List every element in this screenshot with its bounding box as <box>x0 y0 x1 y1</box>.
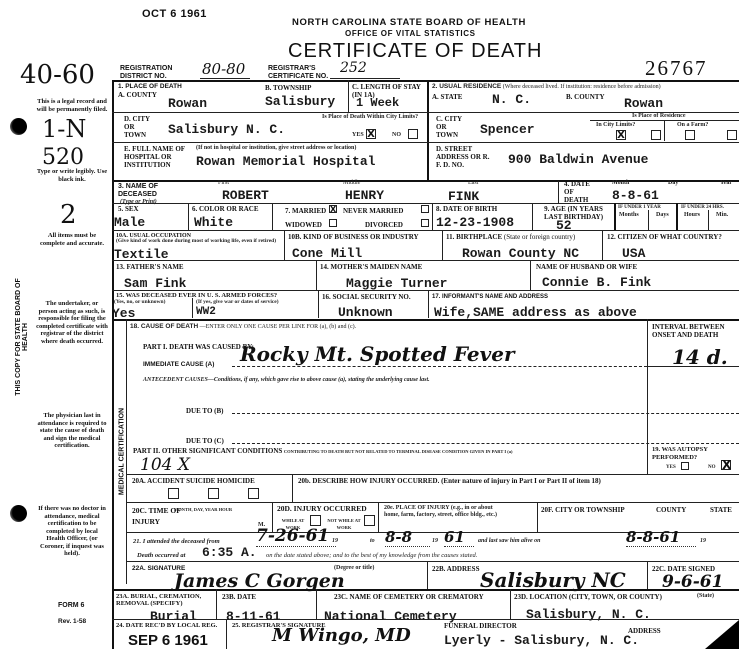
citizen: USA <box>622 246 645 261</box>
medical-cert-vertical-label: MEDICAL CERTIFICATION <box>119 382 126 522</box>
residence-state-label: a. STATE <box>432 93 462 101</box>
within-limits-no-checkbox[interactable] <box>408 129 418 139</box>
in-city-yes-checkbox[interactable]: X <box>616 130 626 140</box>
spouse-label: NAME OF HUSBAND OR WIFE <box>536 263 637 271</box>
race-label: 6. COLOR OR RACE <box>192 205 259 213</box>
birthplace: Rowan County NC <box>462 246 579 261</box>
cemetery-label: 23c. NAME OF CEMETERY OR CREMATORY <box>334 593 484 601</box>
hospital-hint: (If not in hospital or institution, give… <box>196 145 356 152</box>
not-at-work-checkbox[interactable] <box>364 515 375 526</box>
attended-to-nineteen: 19 <box>432 538 438 545</box>
certificate-title: CERTIFICATE OF DEATH <box>288 40 542 63</box>
suicide-checkbox[interactable] <box>208 488 219 499</box>
hours-label: Hours <box>684 212 700 219</box>
date-of-birth-label: 8. DATE OF BIRTH <box>436 205 497 213</box>
agency-heading: NORTH CAROLINA STATE BOARD OF HEALTH <box>292 17 526 28</box>
registration-district-label: REGISTRATION DISTRICT NO. <box>120 65 200 80</box>
sex: Male <box>114 215 145 230</box>
residence-city: Spencer <box>480 122 535 137</box>
last-saw-nineteen: 19 <box>700 538 706 545</box>
in-city-no-checkbox[interactable] <box>651 130 661 140</box>
margin-code-4: 2 <box>60 200 77 230</box>
cemetery: National Cemetery <box>324 609 457 624</box>
antecedent-label: ANTECEDENT CAUSES—Conditions, if any, wh… <box>143 377 430 384</box>
last-saw-label: and last saw him alive on <box>478 538 541 545</box>
margin-note-coroner: If there was no doctor in attendance, me… <box>36 505 108 558</box>
last-name: FINK <box>448 189 479 204</box>
day-label: Day <box>668 180 678 187</box>
under-24-hrs-label: IF UNDER 24 HRS. <box>681 204 724 211</box>
within-limits-label: Is Place of Death Within City Limits? <box>322 114 426 121</box>
business: Cone Mill <box>292 246 362 261</box>
vertical-copy-label: THIS COPY FOR STATE BOARD OF HEALTH <box>15 267 29 407</box>
attended-from: 7-26-61 <box>256 526 336 547</box>
part-1-label: PART I. DEATH WAS CAUSED BY: <box>143 343 254 351</box>
days-label: Days <box>656 212 669 219</box>
punch-hole-bottom <box>10 505 27 522</box>
death-occurred-label: Death occurred at <box>137 552 185 559</box>
part-2-title: PART II. OTHER SIGNIFICANT CONDITIONS <box>133 447 282 455</box>
informant-label: 17. INFORMANT'S NAME AND ADDRESS <box>432 293 548 301</box>
death-city: Salisbury N. C. <box>168 122 285 137</box>
funeral-director-label: FUNERAL DIRECTOR <box>444 622 517 630</box>
first-name: ROBERT <box>222 188 269 203</box>
on-farm-label: On a Farm? <box>677 122 708 129</box>
accident-checkbox[interactable] <box>168 488 179 499</box>
spouse-name: Connie B. Fink <box>542 275 651 290</box>
attended-to-year: 61 <box>444 528 474 547</box>
attended-nineteen: 19 <box>332 538 338 545</box>
physician-address-label: 22b. ADDRESS <box>432 565 479 573</box>
widowed-checkbox[interactable] <box>329 219 337 227</box>
hospital-label: e. FULL NAME OF HOSPITAL OR INSTITUTION <box>124 145 194 169</box>
state-file-number: 26767 <box>645 56 708 81</box>
street-address: 900 Baldwin Avenue <box>508 152 648 167</box>
form-revision: Rev. 1-58 <box>58 618 86 625</box>
father-label: 13. FATHER'S NAME <box>116 263 184 271</box>
cause-hint: —ENTER ONLY ONE CAUSE PER LINE FOR (a), … <box>200 324 357 330</box>
autopsy-yes-checkbox[interactable] <box>681 462 689 470</box>
residence-state: N. C. <box>492 92 531 107</box>
race: White <box>194 215 233 230</box>
armed-hint-b: (If yes, give war or dates of service) <box>196 299 279 306</box>
last-name-label: Last <box>468 180 478 187</box>
under-1-year-label: IF UNDER 1 YEAR <box>618 204 661 211</box>
citizen-label: 12. CITIZEN OF WHAT COUNTRY? <box>607 233 722 241</box>
never-married-label: NEVER MARRIED <box>343 207 403 215</box>
autopsy-no-checkbox[interactable]: X <box>721 460 731 470</box>
due-to-c-label: DUE TO (c) <box>186 437 224 445</box>
injury-occurred-label: 20d. INJURY OCCURRED <box>277 505 367 513</box>
attended-to-label: to <box>370 538 375 545</box>
date-received-label: 24. DATE REC'D BY LOCAL REG. <box>116 622 217 630</box>
death-occurred-tail: on the date stated above; and to the bes… <box>266 552 477 559</box>
registrar-cert-value: 252 <box>340 60 367 76</box>
stay-length: 1 Week <box>356 96 399 110</box>
injury-city-label: 20f. CITY OR TOWNSHIP <box>541 506 625 514</box>
part-2-value: 104 X <box>140 455 190 475</box>
injury-county-label: COUNTY <box>656 506 686 514</box>
place-of-death-label: 1. PLACE OF DEATH <box>118 83 182 91</box>
year-label: Year <box>720 180 732 187</box>
ssn: Unknown <box>338 305 393 320</box>
armed-hint-a: (Yes, no, or unknown) <box>114 299 165 306</box>
residence-section-hint: (Where deceased lived. If institution: r… <box>503 84 661 90</box>
street-address-label: d. STREET ADDRESS or R. F. D. NO. <box>436 145 492 169</box>
on-farm-no-checkbox[interactable] <box>727 130 737 140</box>
date-of-death-label: 4. DATE OF DEATH <box>564 180 598 204</box>
residence-label: 2. USUAL RESIDENCE (Where deceased lived… <box>432 83 737 91</box>
occupation-hint: (Give kind of work done during most of w… <box>116 238 286 244</box>
min-label: Min. <box>716 212 728 219</box>
due-to-b-label: DUE TO (b) <box>186 407 223 415</box>
margin-note-physician: The physician last in attendance is requ… <box>36 412 108 450</box>
birthplace-label-text: 11. BIRTHPLACE <box>446 233 502 241</box>
punch-hole-top <box>10 118 27 135</box>
age-label: 9. AGE (In years last birthday) <box>536 205 611 221</box>
place-of-injury-label: 20e. PLACE OF INJURY (e.g., in or about … <box>384 505 504 519</box>
months-label: Months <box>619 212 639 219</box>
registrar-signature: M Wingo, MD <box>272 625 411 646</box>
burial-location-label-text: 23d. LOCATION (City, town, or county) <box>514 593 662 601</box>
ssn-label: 16. SOCIAL SECURITY NO. <box>322 293 411 301</box>
burial-location-label: 23d. LOCATION (City, town, or county) <box>514 593 662 601</box>
residence-county: Rowan <box>624 96 663 111</box>
part-2-hint: CONTRIBUTING TO DEATH BUT NOT RELATED TO… <box>284 449 513 454</box>
funeral-director: Lyerly - Salisbury, N. C. <box>444 633 639 648</box>
scan-corner-shadow <box>705 620 739 649</box>
accident-label: 20a. ACCIDENT SUICIDE HOMICIDE <box>132 477 255 485</box>
divorced-label: DIVORCED <box>365 221 403 229</box>
margin-code-1: 40-60 <box>20 60 95 90</box>
first-name-label: First <box>218 180 229 187</box>
margin-code-2: 1-N <box>42 115 86 143</box>
date-received: SEP 6 1961 <box>128 632 208 649</box>
death-city-label: d. CITY OR TOWN <box>124 115 154 139</box>
disposition-label: 23a. BURIAL, CREMATION, REMOVAL (Specify… <box>116 593 216 607</box>
cause-label: 18. CAUSE OF DEATH <box>130 323 198 330</box>
form-number: FORM 6 <box>58 602 84 609</box>
while-at-work-checkbox[interactable] <box>310 515 321 526</box>
married-label: 7. MARRIED <box>285 207 326 215</box>
residence-section-title: 2. USUAL RESIDENCE <box>432 83 501 90</box>
month-label: Month <box>612 180 629 187</box>
attended-label: 21. I attended the deceased from <box>133 538 220 545</box>
date-of-death: 8-8-61 <box>612 188 659 203</box>
attended-to: 8-8 <box>385 528 430 547</box>
margin-note-complete: All items must be complete and accurate. <box>36 232 108 247</box>
divorced-checkbox[interactable] <box>421 219 429 227</box>
within-limits-yes-label: YES <box>352 132 364 139</box>
date-of-birth: 12-23-1908 <box>436 215 514 230</box>
widowed-label: WIDOWED <box>285 221 322 229</box>
burial-state-label: (State) <box>697 593 714 600</box>
business-label: 10b. KIND OF BUSINESS OR INDUSTRY <box>288 233 419 241</box>
death-township: Salisbury <box>265 94 335 109</box>
death-county: Rowan <box>168 96 207 111</box>
autopsy-no-text: NO <box>708 464 716 471</box>
margin-note-legal: This is a legal record and will be perma… <box>36 98 108 113</box>
birthplace-hint: (State or foreign country) <box>504 233 575 241</box>
margin-code-3: 520 <box>42 145 84 170</box>
sex-label: 5. SEX <box>118 205 139 213</box>
within-limits-no-label: NO <box>392 132 401 139</box>
autopsy-yes-text: YES <box>666 464 676 471</box>
on-farm-yes-checkbox[interactable] <box>685 130 695 140</box>
last-saw-date: 8-8-61 <box>626 528 696 547</box>
registration-district-value: 80-80 <box>202 60 245 78</box>
time-of-injury-hint: MONTH, DAY, YEAR HOUR <box>174 506 232 513</box>
residence-city-label: c. CITY OR TOWN <box>436 115 466 139</box>
injury-state-label: STATE <box>710 506 732 514</box>
war-service: WW2 <box>196 306 216 318</box>
death-time: 6:35 A. <box>202 545 257 560</box>
cause-of-death-label: 18. CAUSE OF DEATH —ENTER ONLY ONE CAUSE… <box>130 323 356 331</box>
office-heading: OFFICE OF VITAL STATISTICS <box>345 29 476 38</box>
middle-name-label: Middle <box>343 180 360 187</box>
deceased-name-label: 3. NAME OF DECEASED <box>118 183 178 199</box>
death-township-label: b. TOWNSHIP <box>265 84 311 92</box>
hospital-name: Rowan Memorial Hospital <box>196 154 375 169</box>
margin-note-undertaker: The undertaker, or person acting as such… <box>36 300 108 345</box>
burial-date-label: 23b. DATE <box>222 593 256 601</box>
informant: Wife,SAME address as above <box>434 305 637 320</box>
married-checkbox[interactable]: X <box>329 205 337 213</box>
middle-name: HENRY <box>345 188 384 203</box>
in-city-label: In City Limits? <box>596 122 635 129</box>
homicide-checkbox[interactable] <box>248 488 259 499</box>
interval-label: INTERVAL BETWEEN ONSET AND DEATH <box>652 323 738 339</box>
death-county-label: a. COUNTY <box>118 91 157 99</box>
immediate-cause: Rocky Mt. Spotted Fever <box>240 342 515 366</box>
father-name: Sam Fink <box>124 276 186 291</box>
mother-label: 14. MOTHER'S MAIDEN NAME <box>320 263 422 271</box>
birthplace-label: 11. BIRTHPLACE (State or foreign country… <box>446 233 575 241</box>
within-limits-yes-checkbox[interactable]: X <box>366 129 376 139</box>
received-stamp: OCT 6 1961 <box>142 8 207 20</box>
never-married-checkbox[interactable] <box>421 205 429 213</box>
margin-note-type: Type or write legibly. Use black ink. <box>36 168 108 183</box>
residence-county-label: b. COUNTY <box>566 93 605 101</box>
in-place-label: Is Place of Residence <box>632 113 686 120</box>
immediate-cause-label: IMMEDIATE CAUSE (a) <box>143 361 214 369</box>
describe-injury-label: 20b. DESCRIBE HOW INJURY OCCURRED. (Ente… <box>298 477 601 485</box>
mother-name: Maggie Turner <box>346 276 447 291</box>
